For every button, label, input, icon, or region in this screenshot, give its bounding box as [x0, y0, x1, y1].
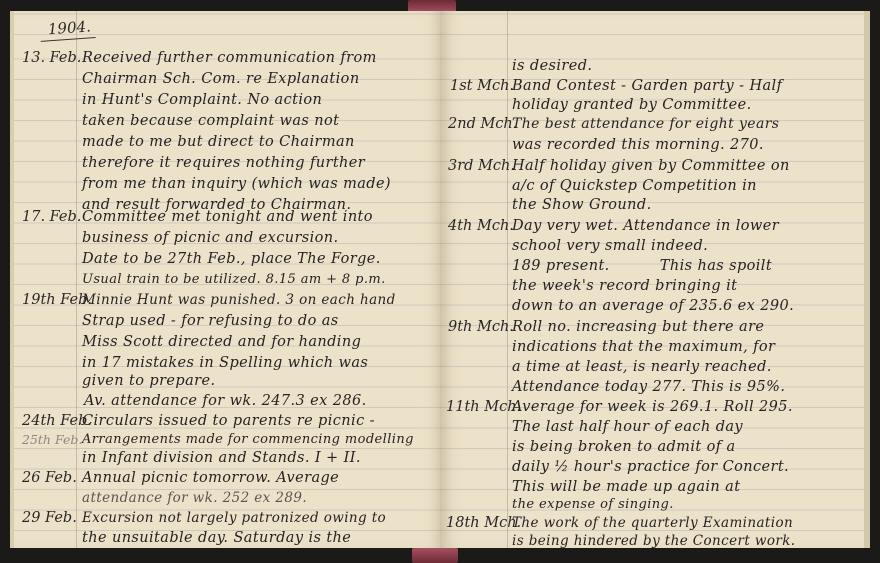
entry-date: 1st Mch. [450, 76, 514, 97]
entry-date: 17. Feb. [22, 207, 81, 228]
entry-line: school very small indeed. [512, 236, 708, 257]
entry-date: 4th Mch. [448, 216, 514, 237]
entry-date: 9th Mch. [448, 317, 514, 338]
entry-line: therefore it requires nothing further [82, 153, 365, 174]
year-heading: 1904. [39, 17, 95, 42]
right-page: is desired. 1st Mch. Band Contest - Gard… [440, 11, 870, 548]
entry-line: Av. attendance for wk. 247.3 ex 286. [84, 391, 367, 412]
entry-line: The best attendance for eight years [512, 114, 779, 135]
entry-line: from me than inquiry (which was made) [82, 174, 391, 195]
entry-line: taken because complaint was not [82, 111, 339, 132]
entry-date: 25th Feb. [22, 430, 82, 451]
entry-line: indications that the maximum, for [512, 337, 775, 358]
entry-line: 189 present. This has spoilt [512, 256, 772, 277]
entry-line: Band Contest - Garden party - Half [512, 76, 782, 97]
entry-line: is being hindered by the Concert work. [512, 531, 795, 548]
entry-line: in Infant division and Stands. I + II. [82, 448, 361, 469]
entry-date: 3rd Mch. [448, 156, 515, 177]
entry-line: Committee met tonight and went into [82, 207, 373, 228]
entry-date: 11th Mch. [446, 397, 521, 418]
entry-line: attendance for wk. 252 ex 289. [82, 488, 307, 509]
entry-line: given to prepare. [82, 371, 215, 392]
entry-date: 18th Mch. [446, 513, 521, 534]
entry-line: holiday granted by Committee. [512, 95, 752, 116]
entry-date: 29 Feb. [22, 508, 77, 529]
left-page: 1904. 13. Feb. Received further communic… [10, 11, 444, 548]
entry-line: business of picnic and excursion. [82, 228, 339, 249]
entry-date: 13. Feb. [22, 48, 81, 69]
entry-line: Roll no. increasing but there are [512, 317, 764, 338]
entry-line: the week's record bringing it [512, 276, 737, 297]
entry-line: the Show Ground. [512, 195, 652, 216]
entry-line: Excursion not largely patronized owing t… [82, 508, 386, 529]
entry-line: Minnie Hunt was punished. 3 on each hand [82, 290, 396, 311]
entry-line: Annual picnic tomorrow. Average [82, 468, 339, 489]
entry-line: daily ½ hour's practice for Concert. [512, 457, 789, 478]
entry-line: the unsuitable day. Saturday is the [82, 528, 351, 548]
entry-line: Date to be 27th Feb., place The Forge. [82, 249, 381, 270]
entry-line: The last half hour of each day [512, 417, 743, 438]
entry-date: 26 Feb. [22, 468, 77, 489]
entry-line: in Hunt's Complaint. No action [82, 90, 322, 111]
entry-line: Attendance today 277. This is 95%. [512, 377, 785, 398]
entry-line: Average for week is 269.1. Roll 295. [512, 397, 793, 418]
entry-line: a/c of Quickstep Competition in [512, 176, 757, 197]
entry-line: Miss Scott directed and for handing [82, 332, 361, 353]
entry-line: Received further communication from [82, 48, 377, 69]
entry-date: 2nd Mch. [448, 114, 517, 135]
entry-line: was recorded this morning. 270. [512, 135, 764, 156]
entry-line: Chairman Sch. Com. re Explanation [82, 69, 360, 90]
entry-line: is desired. [512, 56, 592, 77]
entry-line: down to an average of 235.6 ex 290. [512, 296, 794, 317]
entry-line: is being broken to admit of a [512, 437, 736, 458]
bookmark-ribbon-bottom [412, 548, 458, 563]
entry-line: Strap used - for refusing to do as [82, 311, 339, 332]
entry-line: made to me but direct to Chairman [82, 132, 355, 153]
entry-line: a time at least, is nearly reached. [512, 357, 772, 378]
entry-line: Circulars issued to parents re picnic - [82, 411, 375, 432]
entry-line: Day very wet. Attendance in lower [512, 216, 779, 237]
entry-line: Half holiday given by Committee on [512, 156, 790, 177]
entry-line: Usual train to be utilized. 8.15 am + 8 … [82, 270, 386, 291]
